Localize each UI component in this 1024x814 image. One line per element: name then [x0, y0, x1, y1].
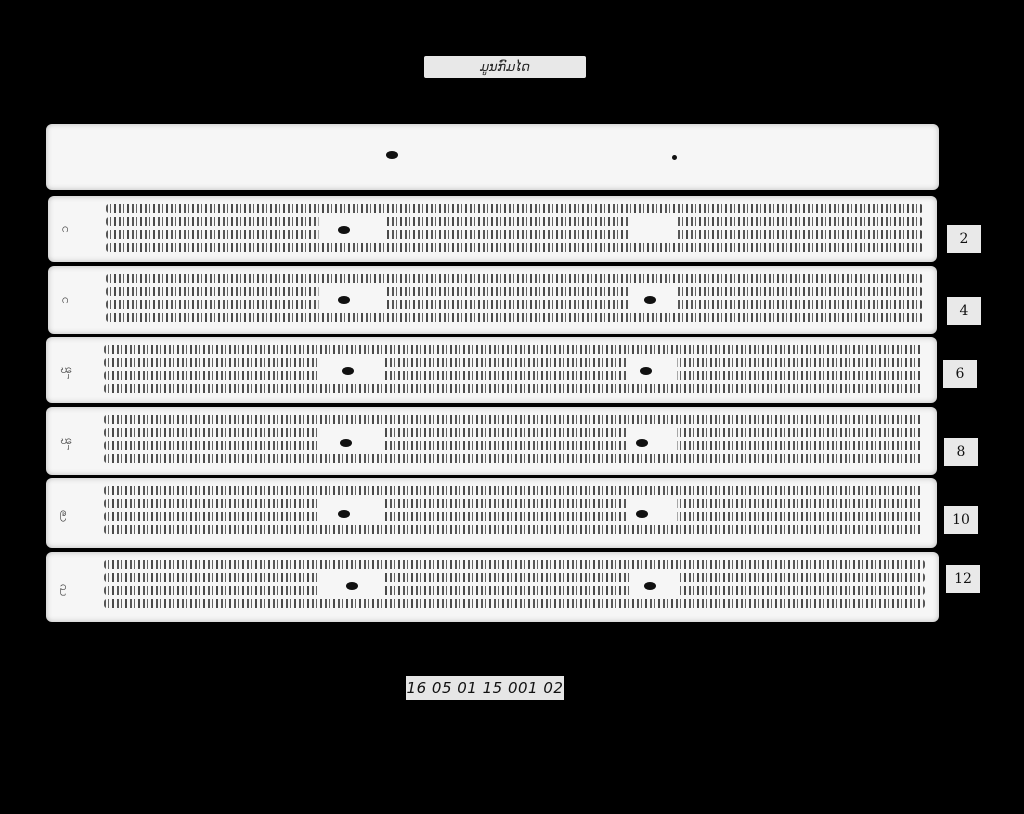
palm-leaf-cover — [46, 124, 939, 190]
manuscript-text-block — [104, 560, 925, 616]
binding-hole-icon — [640, 367, 652, 375]
leaf-margin-numeral: ဨ — [60, 504, 67, 522]
manuscript-text-block — [106, 274, 923, 328]
palm-leaf-page-10: ဨ — [46, 478, 937, 548]
leaf-margin-numeral: ဂ — [62, 291, 69, 309]
page-number-tag: 2 — [947, 225, 981, 253]
palm-leaf-page-4: ဂ — [48, 266, 937, 334]
binding-hole-icon — [386, 151, 398, 159]
page-number-tag: 4 — [947, 297, 981, 325]
binding-hole-icon — [338, 510, 350, 518]
binding-hole-icon — [338, 296, 350, 304]
manuscript-text-block — [104, 345, 923, 397]
binding-hole-icon — [340, 439, 352, 447]
leaf-margin-numeral: ၾ — [60, 361, 72, 379]
manuscript-text-block — [106, 204, 923, 256]
manuscript-text-block — [104, 415, 923, 469]
leaf-margin-numeral: ၾ — [60, 432, 72, 450]
binding-hole-icon — [672, 155, 677, 160]
page-number-tag: 8 — [944, 438, 978, 466]
binding-hole-icon — [644, 296, 656, 304]
binding-hole-icon — [636, 439, 648, 447]
leaf-margin-numeral: ဥ — [60, 578, 67, 596]
page-number-tag: 6 — [943, 360, 977, 388]
binding-hole-icon — [644, 582, 656, 590]
palm-leaf-page-12: ဥ — [46, 552, 939, 622]
page-number-tag: 10 — [944, 506, 978, 534]
catalog-id-label: 16 05 01 15 001 02 — [406, 676, 564, 700]
palm-leaf-page-6: ၾ — [46, 337, 937, 403]
binding-hole-icon — [342, 367, 354, 375]
page-number-tag: 12 — [946, 565, 980, 593]
binding-hole-icon — [346, 582, 358, 590]
binding-hole-icon — [338, 226, 350, 234]
palm-leaf-page-8: ၾ — [46, 407, 937, 475]
manuscript-title-label: ມູນກົມໄດ — [424, 56, 586, 78]
manuscript-text-block — [104, 486, 923, 542]
palm-leaf-page-2: ဂ — [48, 196, 937, 262]
leaf-margin-numeral: ဂ — [62, 220, 69, 238]
binding-hole-icon — [636, 510, 648, 518]
